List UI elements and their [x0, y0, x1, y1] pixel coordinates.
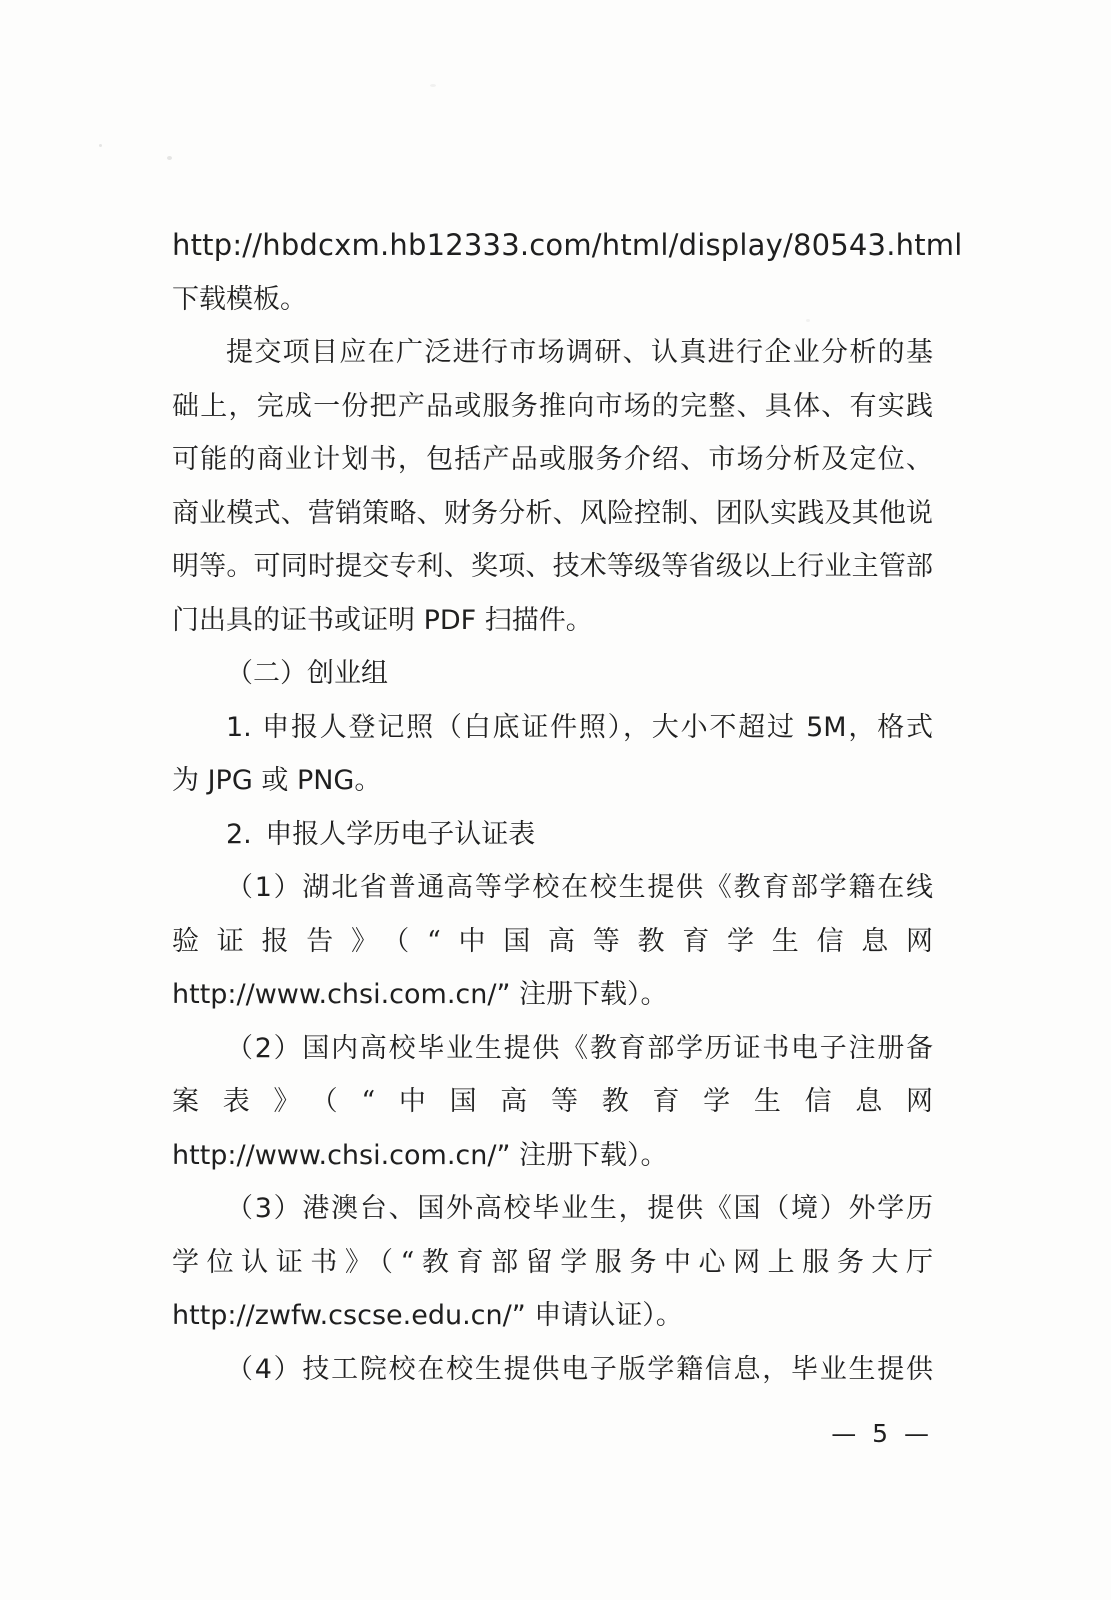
cjk-text: 商业模式、营销策略、财务分析、风险控制、团队实践及其他说: [172, 498, 933, 529]
latin-text: http://www.chsi.com.cn/”: [172, 1140, 510, 1171]
latin-text: 1.: [226, 712, 252, 743]
cjk-text: 。: [354, 765, 381, 796]
cjk-text: （: [226, 1354, 255, 1385]
line-paragraph: 础上，完成一份把产品或服务推向市场的完整、具体、有实践: [172, 380, 933, 434]
line-item-1-cont: 为 JPG 或 PNG。: [172, 754, 933, 808]
latin-text: http://hbdcxm.hb12333.com/html/display/8…: [172, 228, 962, 262]
cjk-text: 门出具的证书或证明: [172, 605, 424, 636]
scan-speck: [196, 296, 199, 299]
cjk-text: ）技工院校在校生提供电子版学籍信息，毕业生提供: [272, 1354, 933, 1385]
latin-text: 4: [255, 1354, 272, 1385]
document-body: http://hbdcxm.hb12333.com/html/display/8…: [172, 219, 933, 1396]
line-paragraph: 可能的商业计划书，包括产品或服务介绍、市场分析及定位、: [172, 433, 933, 487]
cjk-text: 础上，完成一份把产品或服务推向市场的完整、具体、有实践: [172, 391, 933, 422]
cjk-text: （: [226, 1193, 255, 1224]
cjk-text: （二）创业组: [226, 658, 388, 689]
cjk-text: （: [226, 872, 255, 903]
cjk-text: 下载模板。: [172, 284, 307, 315]
cjk-text: （: [226, 1033, 255, 1064]
line-chsi-url: http://www.chsi.com.cn/” 注册下载）。: [172, 968, 933, 1022]
line-subitem-3-cont: 学位认证书》（“教育部留学服务中心网上服务大厅: [172, 1236, 933, 1290]
line-download-url: http://hbdcxm.hb12333.com/html/display/8…: [172, 219, 933, 273]
line-item-2: 2. 申报人学历电子认证表: [172, 808, 933, 862]
cjk-text: 申报人学历电子认证表: [252, 819, 536, 850]
line-download-template: 下载模板。: [172, 273, 933, 327]
line-cscse-url: http://zwfw.cscse.edu.cn/” 申请认证）。: [172, 1289, 933, 1343]
line-paragraph: 明等。可同时提交专利、奖项、技术等级等省级以上行业主管部: [172, 540, 933, 594]
line-subitem-2-cont: 案表》（“中国高等教育学生信息网: [172, 1075, 933, 1129]
line-chsi-url-2: http://www.chsi.com.cn/” 注册下载）。: [172, 1129, 933, 1183]
cjk-text: 明等。可同时提交专利、奖项、技术等级等省级以上行业主管部: [172, 551, 933, 582]
scan-speck: [806, 319, 810, 322]
latin-text: PNG: [297, 765, 354, 796]
cjk-text: 注册下载）。: [510, 1140, 667, 1171]
cjk-text: 申请认证）。: [526, 1300, 683, 1331]
document-page: http://hbdcxm.hb12333.com/html/display/8…: [0, 0, 1111, 1600]
line-subitem-1: （1）湖北省普通高等学校在校生提供《教育部学籍在线: [172, 861, 933, 915]
scan-speck: [99, 144, 102, 147]
cjk-text: 扫描件。: [476, 605, 593, 636]
line-paragraph: 提交项目应在广泛进行市场调研、认真进行企业分析的基: [172, 326, 933, 380]
page-number: — 5 —: [831, 1407, 933, 1460]
latin-text: 2: [255, 1033, 272, 1064]
line-paragraph: 门出具的证书或证明 PDF 扫描件。: [172, 594, 933, 648]
line-paragraph: 商业模式、营销策略、财务分析、风险控制、团队实践及其他说: [172, 487, 933, 541]
scan-speck: [167, 156, 172, 160]
cjk-text: ）国内高校毕业生提供《教育部学历证书电子注册备: [272, 1033, 933, 1064]
line-subitem-3: （3）港澳台、国外高校毕业生，提供《国（境）外学历: [172, 1182, 933, 1236]
scan-speck: [430, 84, 436, 87]
line-subitem-1-cont: 验证报告》（“中国高等教育学生信息网: [172, 915, 933, 969]
cjk-text: ）港澳台、国外高校毕业生，提供《国（境）外学历: [272, 1193, 933, 1224]
cjk-text: 学位认证书》（“教育部留学服务中心网上服务大厅: [172, 1247, 933, 1278]
latin-text: http://zwfw.cscse.edu.cn/”: [172, 1300, 526, 1331]
line-subitem-4: （4）技工院校在校生提供电子版学籍信息，毕业生提供: [172, 1343, 933, 1397]
cjk-text: ）湖北省普通高等学校在校生提供《教育部学籍在线: [272, 872, 933, 903]
latin-text: 5M: [806, 712, 846, 743]
cjk-text: 提交项目应在广泛进行市场调研、认真进行企业分析的基: [226, 337, 933, 368]
cjk-text: 可能的商业计划书，包括产品或服务介绍、市场分析及定位、: [172, 444, 933, 475]
latin-text: 1: [255, 872, 272, 903]
latin-text: http://www.chsi.com.cn/”: [172, 979, 510, 1010]
line-item-1: 1. 申报人登记照（白底证件照），大小不超过 5M，格式: [172, 701, 933, 755]
line-section-heading: （二）创业组: [172, 647, 933, 701]
latin-text: JPG: [208, 765, 253, 796]
cjk-text: ，格式: [847, 712, 933, 743]
cjk-text: 为: [172, 765, 208, 796]
cjk-text: 注册下载）。: [510, 979, 667, 1010]
line-subitem-2: （2）国内高校毕业生提供《教育部学历证书电子注册备: [172, 1022, 933, 1076]
latin-text: PDF: [424, 605, 477, 636]
cjk-text: 案表》（“中国高等教育学生信息网: [172, 1086, 933, 1117]
cjk-text: 申报人登记照（白底证件照），大小不超过: [252, 712, 806, 743]
cjk-text: 验证报告》（“中国高等教育学生信息网: [172, 926, 933, 957]
cjk-text: 或: [253, 765, 297, 796]
latin-text: 3: [255, 1193, 272, 1224]
latin-text: 2.: [226, 819, 252, 850]
